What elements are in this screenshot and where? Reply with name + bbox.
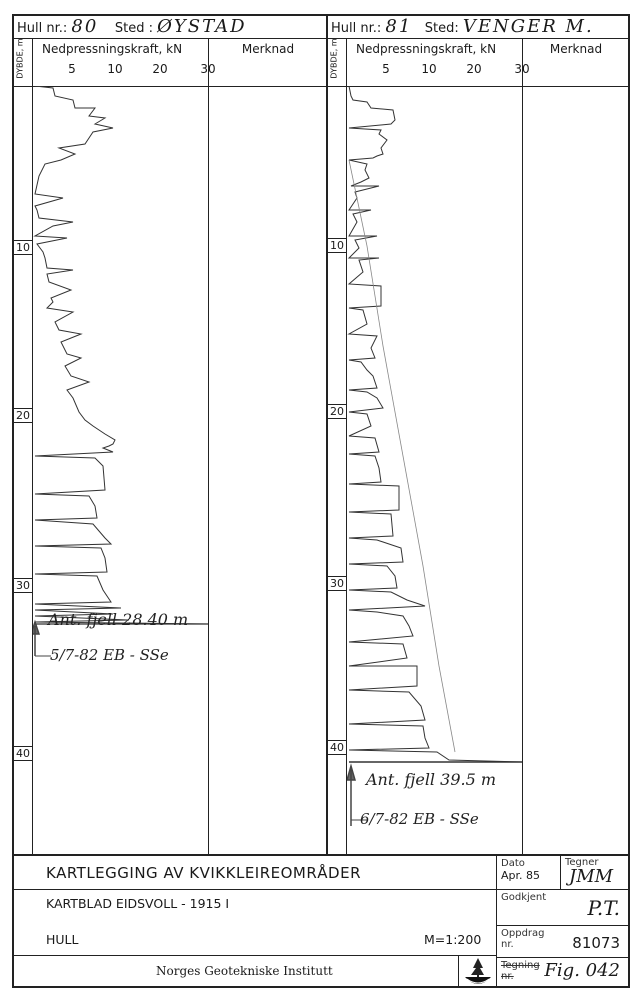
- depth-column: 10 20 30 40: [328, 86, 347, 854]
- tree-logo-icon: [459, 956, 497, 988]
- merknad-header: Merknad: [208, 38, 327, 87]
- sounding-plot-81: [347, 86, 523, 854]
- godkjent-cell: Godkjent P.T.: [496, 890, 628, 926]
- panel-hull-81: Hull nr.: 81 Sted: VENGER M. DYBDE, m Ne…: [328, 16, 630, 854]
- dato-value: Apr. 85: [501, 869, 556, 882]
- panel-header: Hull nr.: 81 Sted: VENGER M.: [328, 16, 630, 39]
- force-column-header: Nedpressningskraft, kN 5 10 20 30: [346, 38, 522, 87]
- tegner-value: JMM: [565, 867, 624, 887]
- sounding-trace: [347, 86, 523, 854]
- date-note: 5/7-82 EB - SSe: [50, 646, 169, 664]
- force-label: Nedpressningskraft, kN: [356, 42, 496, 56]
- merknad-column: [208, 86, 327, 854]
- bedrock-note: Ant. fjell 39.5 m: [366, 770, 496, 789]
- date-note: 6/7-82 EB - SSe: [360, 810, 479, 828]
- godkjent-value: P.T.: [587, 896, 620, 920]
- hull-label: Hull nr.:: [17, 21, 67, 36]
- oppdrag-value: 81073: [572, 934, 620, 952]
- sted-label: Sted :: [115, 21, 153, 36]
- tegning-value: Fig. 042: [544, 960, 620, 981]
- ngi-logo: [458, 956, 497, 988]
- sted-label: Sted:: [425, 21, 459, 36]
- sounding-trace: [33, 86, 209, 854]
- scale: M=1:200: [424, 932, 481, 947]
- hull-label: Hull nr.:: [331, 21, 381, 36]
- project-row: KARTLEGGING AV KVIKKLEIREOMRÅDER: [14, 856, 496, 890]
- merknad-column: [522, 86, 629, 854]
- panel-hull-80: Hull nr.: 80 Sted : ØYSTAD DYBDE, m Nedp…: [14, 16, 328, 854]
- sounding-plot-80: [33, 86, 209, 854]
- kartblad-row: KARTBLAD EIDSVOLL - 1915 I HULL M=1:200: [14, 890, 496, 956]
- force-column-header: Nedpressningskraft, kN 5 10 20 30: [32, 38, 208, 87]
- hull-number: 81: [385, 16, 412, 37]
- tegner-cell: Tegner JMM: [560, 856, 628, 890]
- sted-value: ØYSTAD: [157, 16, 246, 37]
- bedrock-note: Ant. fjell 28.40 m: [48, 610, 188, 629]
- drawing-sheet: Hull nr.: 80 Sted : ØYSTAD DYBDE, m Nedp…: [12, 14, 630, 988]
- sted-value: VENGER M.: [463, 16, 594, 37]
- depth-column: 10 20 30 40: [14, 86, 33, 854]
- depth-axis-header: DYBDE, m: [328, 38, 347, 87]
- dato-cell: Dato Apr. 85: [496, 856, 560, 890]
- force-label: Nedpressningskraft, kN: [42, 42, 182, 56]
- hull-label: HULL: [46, 932, 78, 947]
- project-title: KARTLEGGING AV KVIKKLEIREOMRÅDER: [46, 864, 361, 882]
- tegning-cell: Tegning nr. Fig. 042: [496, 958, 628, 988]
- panel-header: Hull nr.: 80 Sted : ØYSTAD: [14, 16, 326, 39]
- depth-axis-header: DYBDE, m: [14, 38, 33, 87]
- merknad-header: Merknad: [522, 38, 629, 87]
- institute-name: Norges Geotekniske Institutt: [156, 964, 333, 978]
- kartblad: KARTBLAD EIDSVOLL - 1915 I: [46, 896, 229, 911]
- hull-number: 80: [71, 16, 98, 37]
- institute-row: Norges Geotekniske Institutt: [14, 956, 496, 988]
- title-block: KARTLEGGING AV KVIKKLEIREOMRÅDER KARTBLA…: [14, 854, 628, 986]
- oppdrag-cell: Oppdrag nr. 81073: [496, 926, 628, 958]
